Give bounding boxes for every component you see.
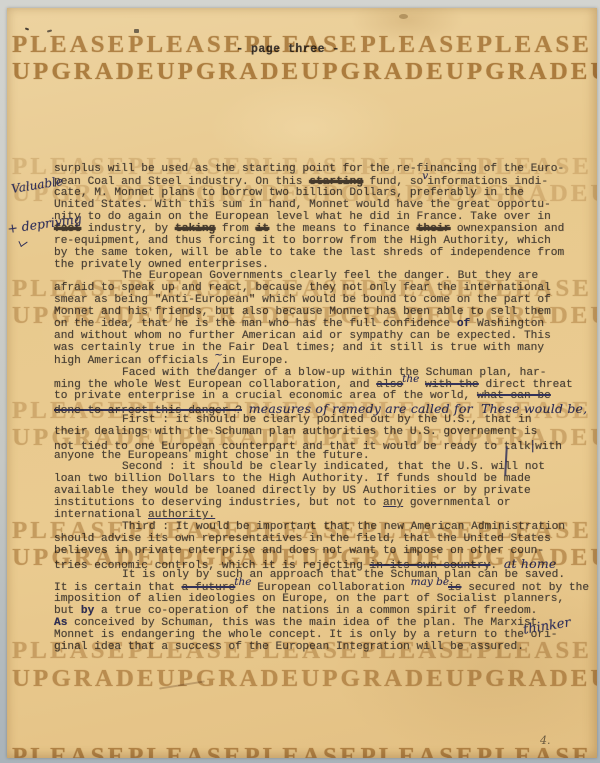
typed-text: anyone the Europeans might chose in the … [54,450,370,462]
paragraph: The European Governments clearly feel th… [54,271,584,367]
watermark-row: UPGRADEUPGRADEUPGRADEUPGRADEUPGRADE [7,59,597,85]
typed-text: by [81,605,94,617]
typed-text: As [54,617,67,629]
paper-stain [399,14,408,19]
watermark-word: PLEASE [477,744,592,758]
typed-text: industry, by [81,223,175,235]
typed-text: a true co-operation of the nations in a … [94,605,537,617]
typed-text: with [535,441,562,453]
typed-line: was certainly true in the Fair Deal time… [54,343,584,355]
watermark-word: UPGRADE [590,59,597,84]
typed-text: of [457,318,470,330]
typed-text: but [54,605,81,617]
watermark-word: UPGRADE [590,545,597,570]
typed-text: in Europe. [222,355,289,367]
watermark-word: PLEASE [12,744,127,758]
document-page: PLEASEPLEASEPLEASEPLEASEPLEASEPLEASEPLEA… [7,8,597,758]
watermark-word: UPGRADE [12,59,157,84]
typed-text: Monnet is endangering the whole concept.… [54,629,558,641]
watermark-word: UPGRADE [12,666,157,691]
watermark-word: UPGRADE [157,59,302,84]
typed-line: Faced with the/danger of a blow-up withi… [54,367,584,379]
typed-text: Washington [470,318,544,330]
typed-text: Second : it should be clearly indicated,… [122,461,545,473]
ink-speck [134,29,139,33]
handwritten-page-number: 4. [540,734,551,747]
watermark-word: UPGRADE [590,181,597,206]
watermark-word: PLEASE [128,744,243,758]
typed-text: ginal idea that a success of the Europea… [54,641,524,653]
handwritten-insertion: may be [411,576,449,588]
struck-text: their [417,223,451,235]
typed-text: imposition of alien ideologies on Europe… [54,593,564,605]
typed-text: The European Governments clearly feel th… [122,270,538,282]
scanned-document-screenshot: { "document": { "page_header": "- page t… [0,0,600,763]
typed-text: should advise its own representatives in… [54,533,551,545]
typed-text: danger of a blow-up within the Schuman p… [218,367,547,379]
typed-text: loan two billion Dollars to the High Aut… [54,473,531,485]
typed-text: conceived by Schuman, this was the main … [67,617,537,629]
typed-text: smear as being "Anti-European" which wou… [54,294,551,306]
watermark-word: UPGRADE [590,303,597,328]
typed-line: high American officials ~in Europe. [54,355,584,367]
handwritten-insertion: v [422,170,428,182]
typed-text: the privately owned enterprises. [54,259,269,271]
watermark-word: UPGRADE [301,59,446,84]
watermark-row: PLEASEPLEASEPLEASEPLEASEPLEASE [7,744,597,758]
struck-text: it [255,223,268,235]
typed-text: Third : It would be important that the n… [122,521,565,533]
typed-text: re-equipment, and thus forcing it to bor… [54,235,551,247]
typed-text: authority. [148,509,215,521]
typed-line: ginal idea that a success of the Europea… [54,642,584,654]
typed-text: high American officials [54,355,215,367]
ink-speck [25,27,29,30]
typed-text: United States. With this sum in hand, Mo… [54,199,551,211]
typed-text: Faced with the [122,367,216,379]
typed-line: surplus will be used as the starting poi… [54,164,584,176]
typed-text: surplus will be used as the starting poi… [54,163,564,175]
paragraph: Third : It would be important that the n… [54,522,584,570]
struck-text: taking [175,223,215,235]
handwritten-insertion: ~ [214,349,223,361]
typed-text: by the same token, will be able to take … [54,247,564,259]
typed-line: their dealings with the Schuman plan aut… [54,427,584,439]
watermark-row: UPGRADEUPGRADEUPGRADEUPGRADEUPGRADE [7,666,597,692]
typed-text: believes in private enterprise and does … [54,545,544,557]
watermark-word: UPGRADE [157,666,302,691]
typed-text: available they would be loaned directly … [54,485,531,497]
typed-text: on the idea, that he is the man who has … [54,318,457,330]
watermark-word: PLEASE [361,744,476,758]
typed-line: It is only by such an approach that the … [54,570,584,582]
typed-text: any [383,497,403,509]
watermark-word: UPGRADE [590,425,597,450]
handwritten-insertion: the [234,576,251,588]
watermark-word: UPGRADE [301,666,446,691]
watermark-word: PLEASE [244,744,359,758]
ink-caret-mark [18,237,27,247]
typed-body: surplus will be used as the starting poi… [54,164,584,653]
watermark-word: UPGRADE [590,666,597,691]
typed-text: nity to do again on the European level w… [54,211,551,223]
page-number-header: - page three - [7,43,569,56]
watermark-word: UPGRADE [446,59,591,84]
ink-speck [47,29,52,32]
paragraph: It is only by such an approach that the … [54,570,584,654]
watermark-word: UPGRADE [446,666,591,691]
typed-text: from [215,223,255,235]
handwritten-insertion: the [402,373,419,385]
paragraph: surplus will be used as the starting poi… [54,164,584,271]
typed-text: institutions to deserving industries, bu… [54,497,383,509]
typed-text: was certainly true in the Fair Deal time… [54,342,544,354]
typed-text: and without whom no further American aid… [54,330,551,342]
handwritten-insertion: / [215,361,219,373]
typed-text: First : it should be clearly pointed out… [122,414,532,426]
typed-text: the means to finance [269,223,417,235]
typed-text: ownexpansion and [450,223,564,235]
typed-text: international [54,509,148,521]
typed-text: afraid to speak up and react, because th… [54,282,551,294]
typed-text: their dealings with the Schuman plan aut… [54,426,537,438]
typed-text: cate, M. Monnet plans to borrow two bill… [54,187,524,199]
typed-text: Monnet and his friends, but also because… [54,306,551,318]
paragraph: Faced with the/danger of a blow-up withi… [54,367,584,415]
typed-text: governmental or [403,497,510,509]
pencil-mark [159,680,205,689]
typed-text: It is only by such an approach that the … [122,569,565,581]
